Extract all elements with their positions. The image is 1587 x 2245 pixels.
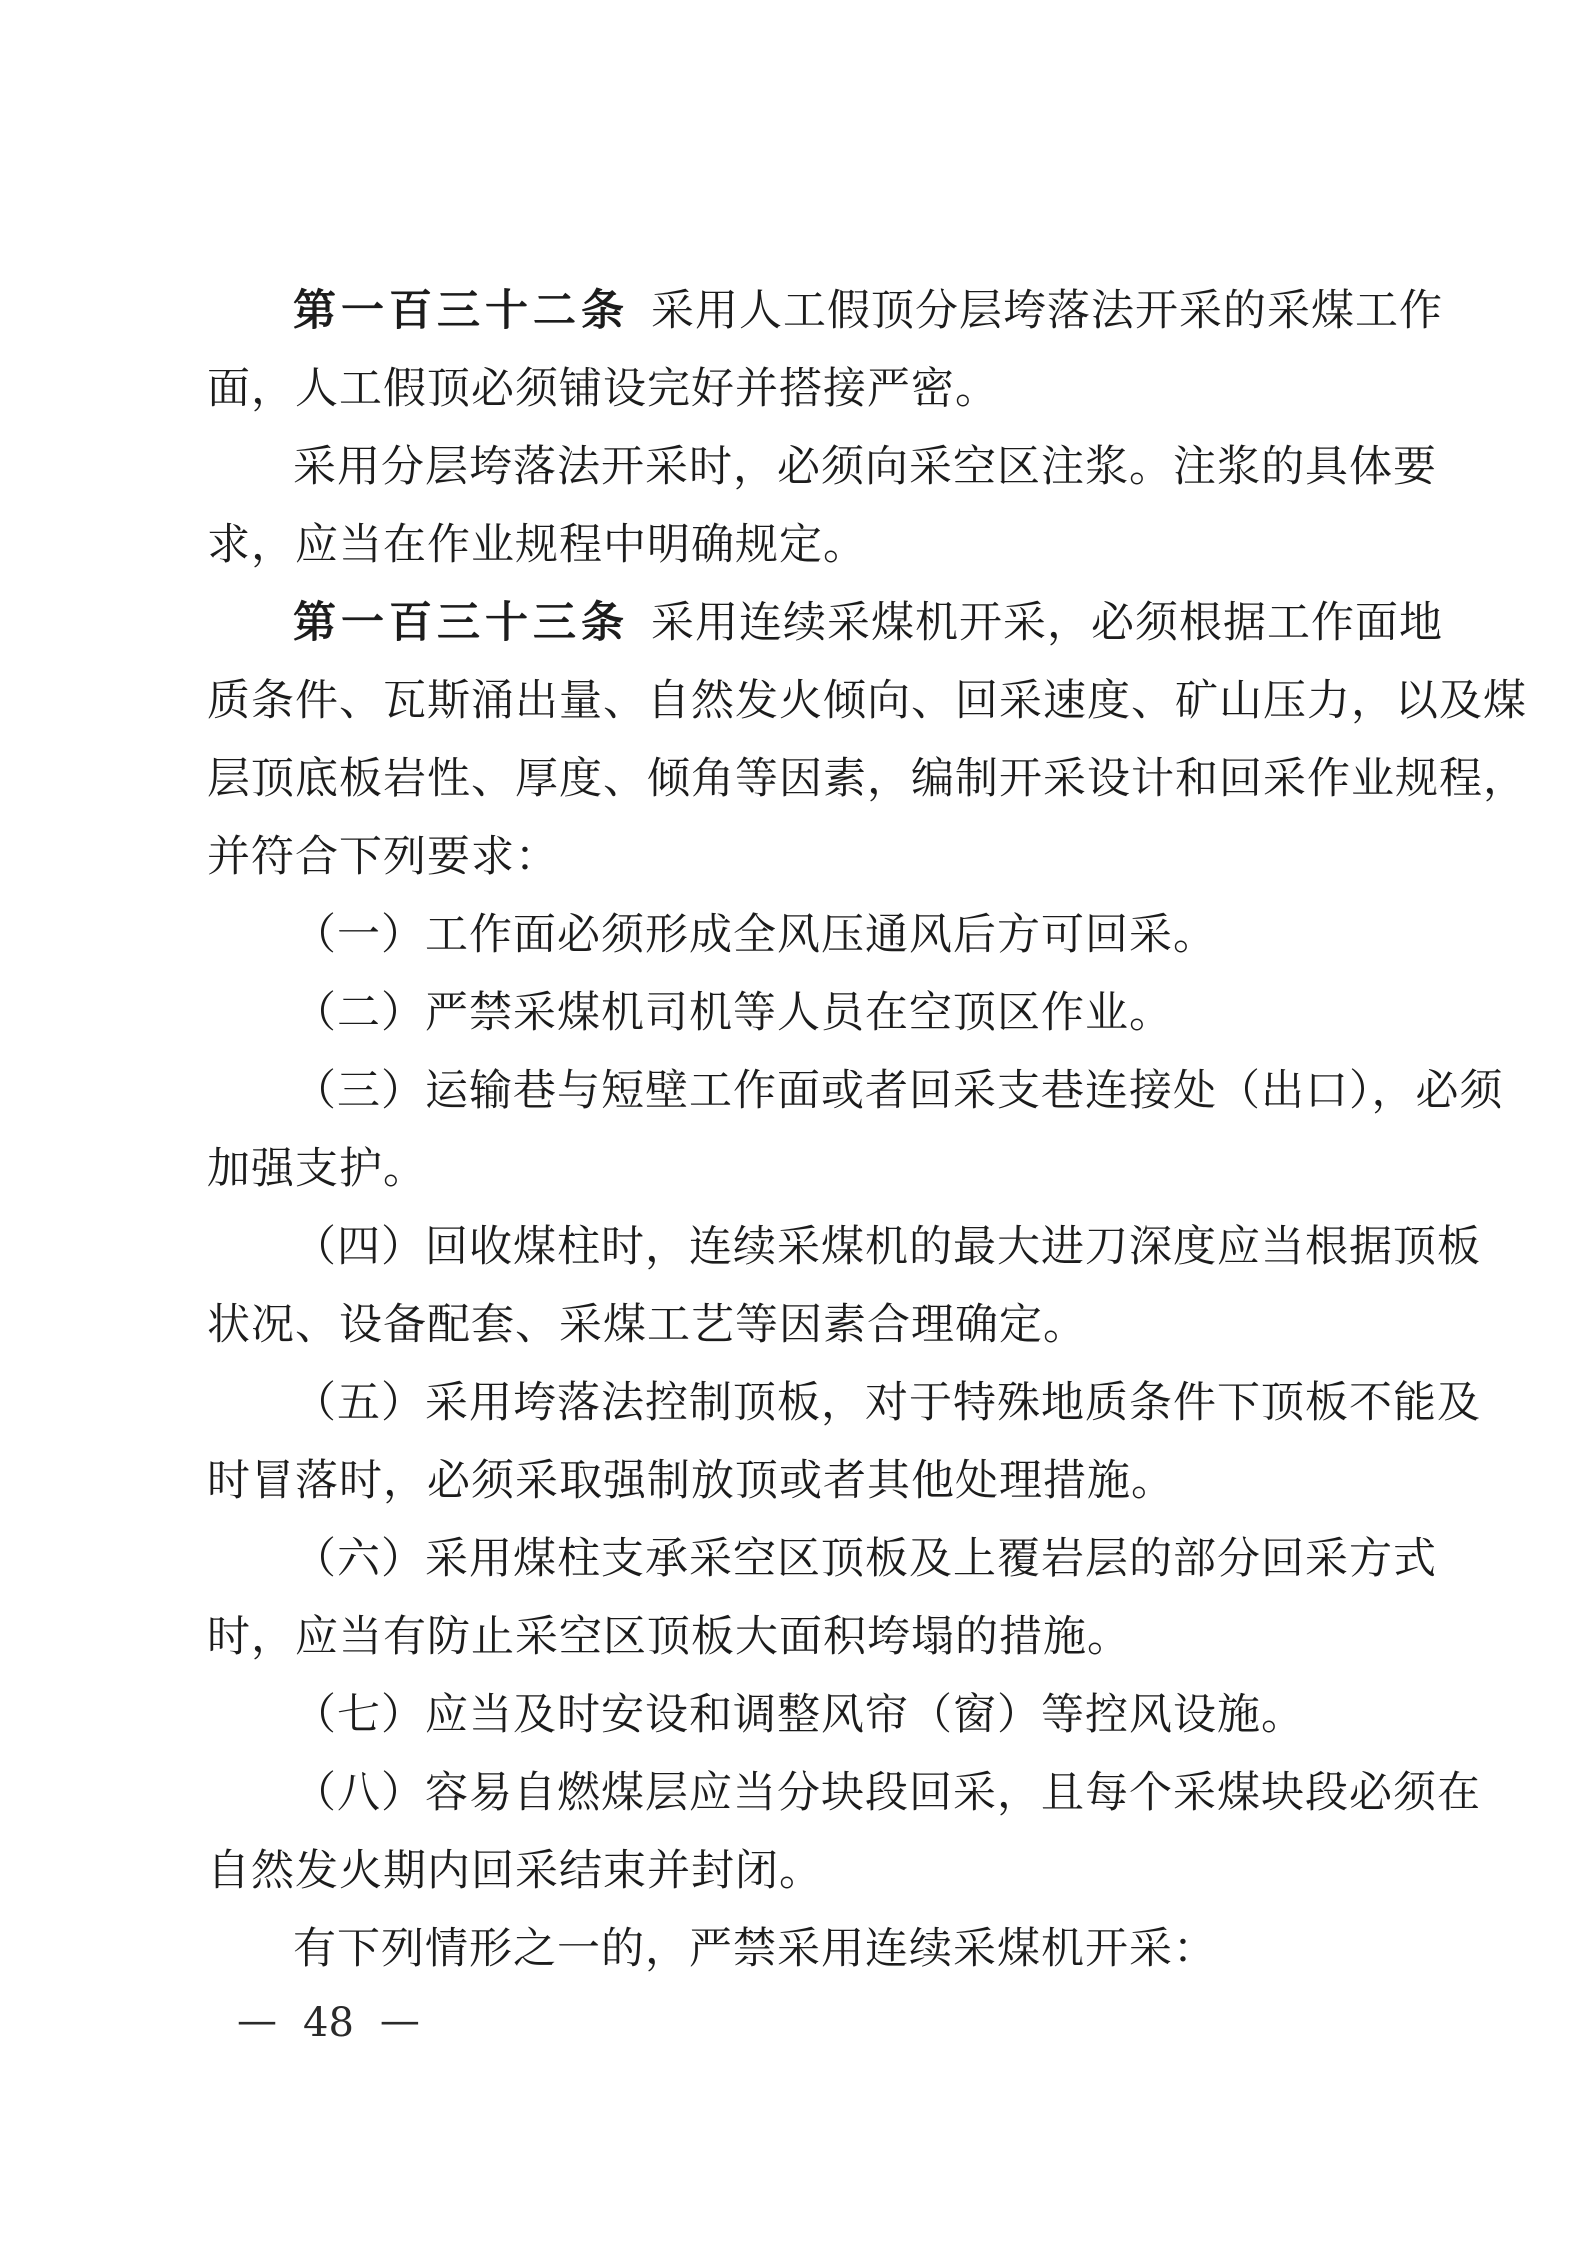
footer-right-dash: —: [380, 1998, 420, 2044]
text-line: （七）应当及时安设和调整风帘（窗）等控风设施。: [207, 1676, 1387, 1754]
text-line: 时，应当有防止采空区顶板大面积垮塌的措施。: [207, 1598, 1387, 1676]
text-line: 时冒落时，必须采取强制放顶或者其他处理措施。: [207, 1442, 1387, 1520]
line-text: 面，人工假顶必须铺设完好并搭接严密。: [207, 364, 999, 414]
page-footer: — 48 —: [237, 2000, 420, 2046]
line-text: 采用连续采煤机开采，必须根据工作面地: [651, 598, 1443, 648]
line-text: （七）应当及时安设和调整风帘（窗）等控风设施。: [293, 1690, 1305, 1740]
line-text: 采用人工假顶分层垮落法开采的采煤工作: [651, 286, 1443, 336]
text-line: 状况、设备配套、采煤工艺等因素合理确定。: [207, 1286, 1387, 1364]
line-text: 并符合下列要求：: [207, 832, 559, 882]
text-line: 质条件、瓦斯涌出量、自然发火倾向、回采速度、矿山压力，以及煤: [207, 662, 1387, 740]
article-number: 第一百三十二条: [293, 286, 629, 336]
text-line: （一）工作面必须形成全风压通风后方可回采。: [207, 896, 1387, 974]
line-text: （三）运输巷与短壁工作面或者回采支巷连接处（出口），必须: [293, 1066, 1504, 1116]
line-text: 时，应当有防止采空区顶板大面积垮塌的措施。: [207, 1612, 1131, 1662]
line-text: 自然发火期内回采结束并封闭。: [207, 1846, 823, 1896]
text-line: （四）回收煤柱时，连续采煤机的最大进刀深度应当根据顶板: [207, 1208, 1387, 1286]
document-page: 第一百三十二条采用人工假顶分层垮落法开采的采煤工作 面，人工假顶必须铺设完好并搭…: [0, 0, 1587, 2245]
text-line: 求，应当在作业规程中明确规定。: [207, 506, 1387, 584]
line-text: 采用分层垮落法开采时，必须向采空区注浆。注浆的具体要: [293, 442, 1437, 492]
page-number: 48: [303, 2000, 354, 2046]
text-line: （八）容易自燃煤层应当分块段回采，且每个采煤块段必须在: [207, 1754, 1387, 1832]
footer-left-dash: —: [237, 1998, 277, 2044]
text-line: 层顶底板岩性、厚度、倾角等因素，编制开采设计和回采作业规程，: [207, 740, 1387, 818]
line-text: （四）回收煤柱时，连续采煤机的最大进刀深度应当根据顶板: [293, 1222, 1481, 1272]
line-text: 求，应当在作业规程中明确规定。: [207, 520, 867, 570]
line-text: （五）采用垮落法控制顶板，对于特殊地质条件下顶板不能及: [293, 1378, 1481, 1428]
text-line: 采用分层垮落法开采时，必须向采空区注浆。注浆的具体要: [207, 428, 1387, 506]
line-text: 层顶底板岩性、厚度、倾角等因素，编制开采设计和回采作业规程，: [207, 754, 1527, 804]
text-line: 面，人工假顶必须铺设完好并搭接严密。: [207, 350, 1387, 428]
text-line: 第一百三十二条采用人工假顶分层垮落法开采的采煤工作: [207, 272, 1387, 350]
line-text: 有下列情形之一的，严禁采用连续采煤机开采：: [293, 1924, 1217, 1974]
line-text: （二）严禁采煤机司机等人员在空顶区作业。: [293, 988, 1173, 1038]
text-line: （六）采用煤柱支承采空区顶板及上覆岩层的部分回采方式: [207, 1520, 1387, 1598]
text-line: （五）采用垮落法控制顶板，对于特殊地质条件下顶板不能及: [207, 1364, 1387, 1442]
line-text: （八）容易自燃煤层应当分块段回采，且每个采煤块段必须在: [293, 1768, 1481, 1818]
text-line: （二）严禁采煤机司机等人员在空顶区作业。: [207, 974, 1387, 1052]
line-text: 时冒落时，必须采取强制放顶或者其他处理措施。: [207, 1456, 1175, 1506]
line-text: 状况、设备配套、采煤工艺等因素合理确定。: [207, 1300, 1087, 1350]
line-text: 加强支护。: [207, 1144, 427, 1194]
text-line: 第一百三十三条采用连续采煤机开采，必须根据工作面地: [207, 584, 1387, 662]
text-line: （三）运输巷与短壁工作面或者回采支巷连接处（出口），必须: [207, 1052, 1387, 1130]
line-text: （一）工作面必须形成全风压通风后方可回采。: [293, 910, 1217, 960]
article-number: 第一百三十三条: [293, 598, 629, 648]
text-line: 加强支护。: [207, 1130, 1387, 1208]
line-text: （六）采用煤柱支承采空区顶板及上覆岩层的部分回采方式: [293, 1534, 1437, 1584]
text-line: 自然发火期内回采结束并封闭。: [207, 1832, 1387, 1910]
text-line: 有下列情形之一的，严禁采用连续采煤机开采：: [207, 1910, 1387, 1988]
document-text-block: 第一百三十二条采用人工假顶分层垮落法开采的采煤工作 面，人工假顶必须铺设完好并搭…: [207, 272, 1387, 1988]
text-line: 并符合下列要求：: [207, 818, 1387, 896]
line-text: 质条件、瓦斯涌出量、自然发火倾向、回采速度、矿山压力，以及煤: [207, 676, 1527, 726]
